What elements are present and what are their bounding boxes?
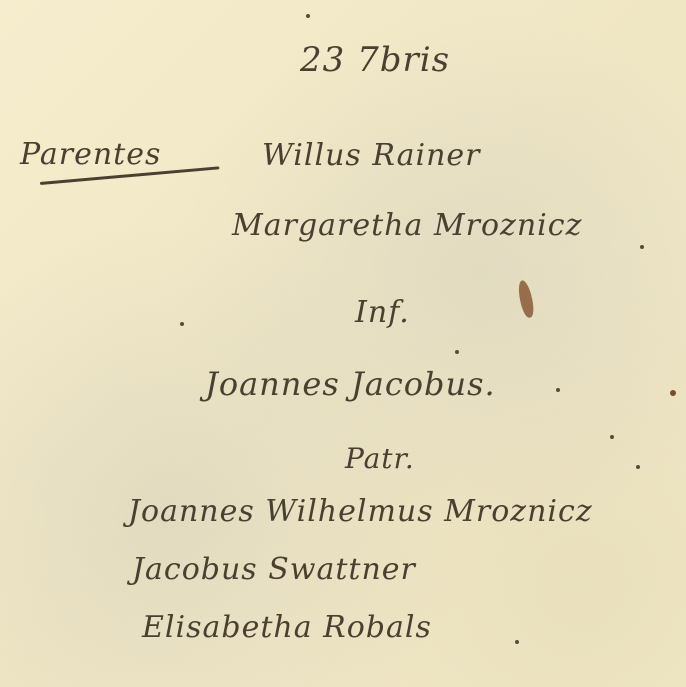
speck [306,14,310,18]
speck [640,245,644,249]
speck [670,390,676,396]
godparent-3: Elisabetha Robals [142,610,432,645]
parents-label: Parentes [20,137,161,172]
mother-name: Margaretha Mroznicz [232,208,582,243]
speck [610,435,614,439]
speck [455,350,459,354]
entry-date: 23 7bris [300,40,450,80]
infant-label: Inf. [355,295,410,330]
father-name: Willus Rainer [262,138,481,173]
infant-name: Joannes Jacobus. [205,365,496,403]
manuscript-page: 23 7bris Parentes Willus Rainer Margaret… [0,0,686,687]
ink-stain [516,279,536,319]
godparent-2: Jacobus Swattner [132,552,416,587]
speck [556,388,560,392]
speck [636,465,640,469]
speck [515,640,519,644]
speck [180,322,184,326]
godparent-1: Joannes Wilhelmus Mroznicz [128,494,593,529]
godparents-label: Patr. [345,442,415,475]
